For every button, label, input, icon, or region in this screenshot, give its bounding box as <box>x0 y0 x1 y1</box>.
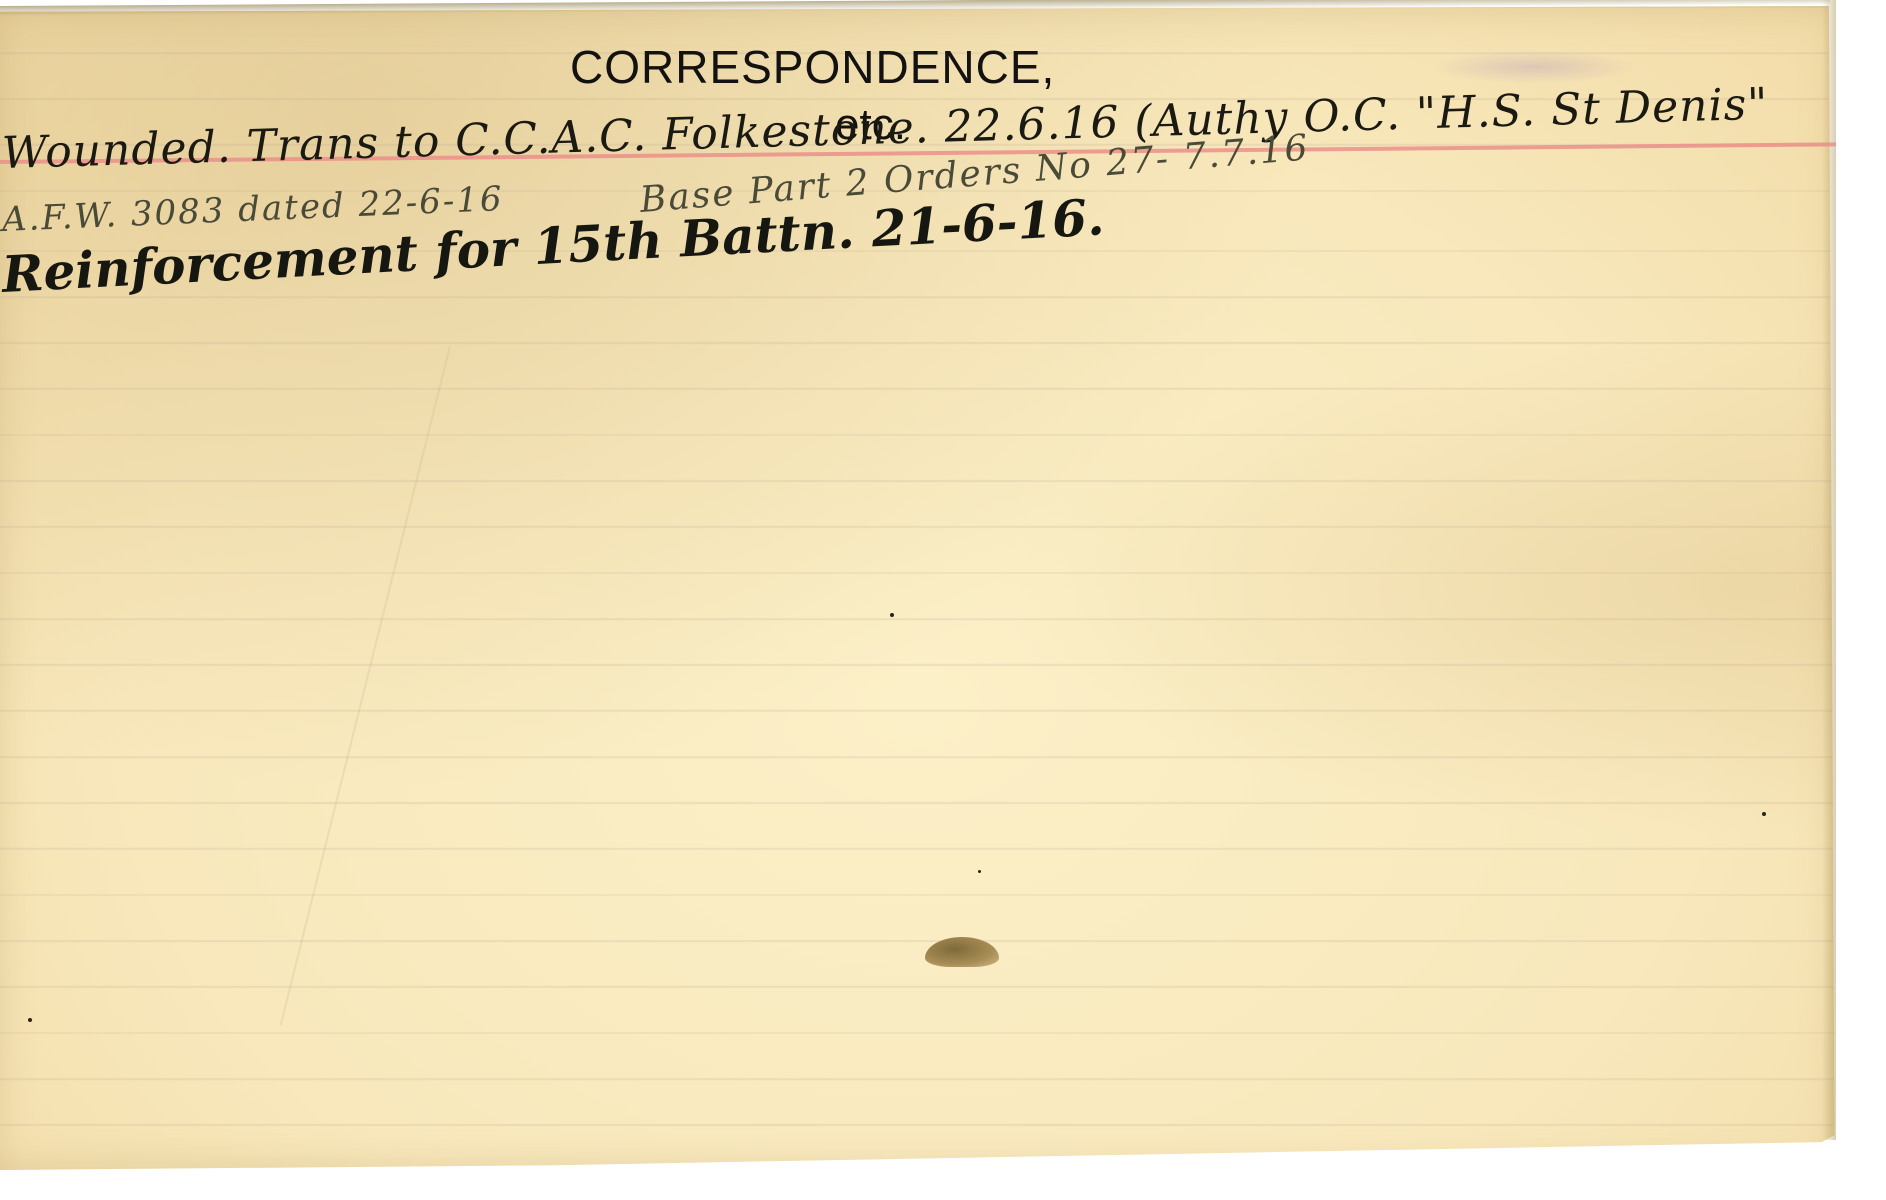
card-right-edge <box>1822 0 1836 1140</box>
ink-speck <box>978 870 981 873</box>
ink-speck <box>890 613 894 617</box>
card-crease <box>280 346 451 1026</box>
card-heading: CORRESPONDENCE, <box>570 40 1055 94</box>
faded-stamp <box>1430 50 1640 84</box>
ink-speck <box>1762 812 1766 816</box>
ink-speck <box>28 1018 32 1022</box>
